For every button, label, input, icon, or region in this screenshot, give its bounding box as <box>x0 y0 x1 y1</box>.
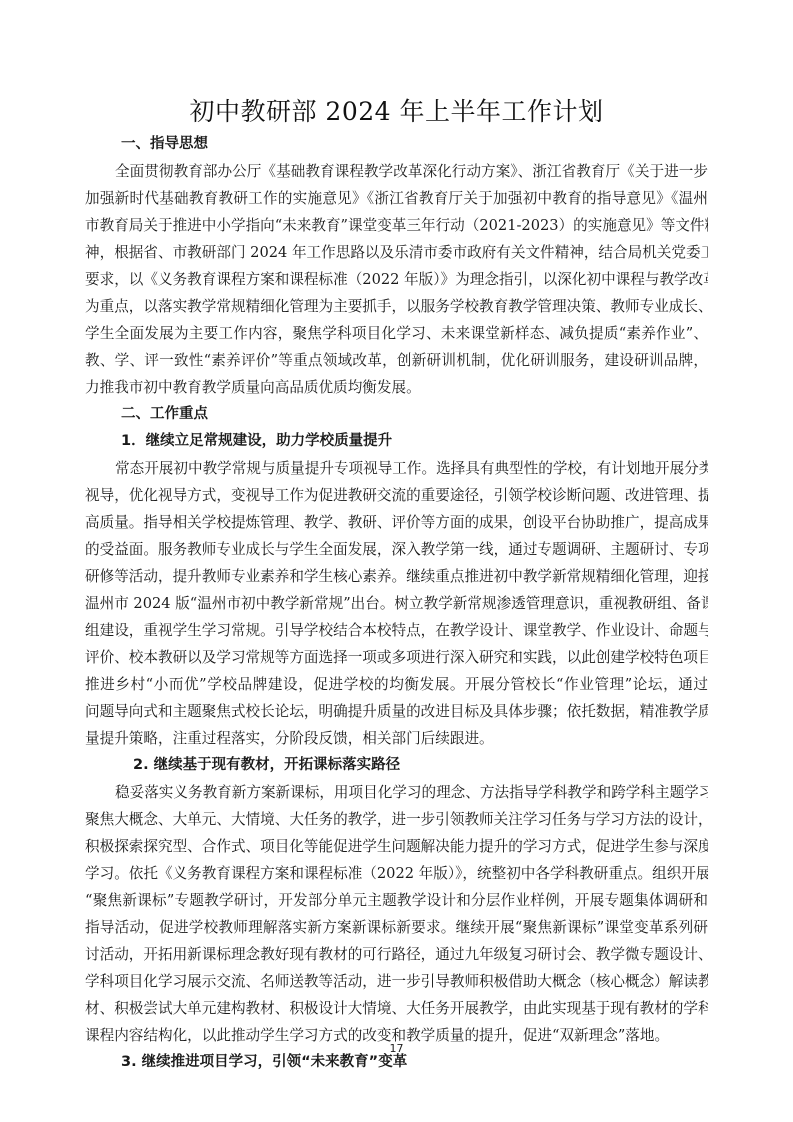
text-line: 问题导向式和主题聚焦式校长论坛，明确提升质量的改进目标及具体步骤；依托数据，精准… <box>85 698 708 725</box>
text-line: 评价、校本教研以及学习常规等方面选择一项或多项进行深入研究和实践，以此创建学校特… <box>85 644 708 671</box>
text-line: 高质量。指导相关学校提炼管理、教学、教研、评价等方面的成果，创设平台协助推广，提… <box>85 509 708 536</box>
text-line: 温州市 2024 版“温州市初中教学新常规”出台。树立教学新常规渗透管理意识，重… <box>85 590 708 617</box>
text-line: 量提升策略，注重过程落实，分阶段反馈，相关部门后续跟进。 <box>85 725 708 752</box>
paragraph-subsection-1: 常态开展初中教学常规与质量提升专项视导工作。选择具有典型性的学校，有计划地开展分… <box>85 455 708 752</box>
text-line: 常态开展初中教学常规与质量提升专项视导工作。选择具有典型性的学校，有计划地开展分… <box>85 455 708 482</box>
paragraph-guiding-ideology: 全面贯彻教育部办公厅《基础教育课程教学改革深化行动方案》、浙江省教育厅《关于进一… <box>85 158 708 401</box>
section-heading-work-focus: 二、工作重点 <box>85 401 708 428</box>
text-line: 全面贯彻教育部办公厅《基础教育课程教学改革深化行动方案》、浙江省教育厅《关于进一… <box>85 158 708 185</box>
page-number: 17 <box>0 1042 793 1055</box>
text-line: 学生全面发展为主要工作内容，聚焦学科项目化学习、未来课堂新样态、减负提质“素养作… <box>85 320 708 347</box>
text-line: 加强新时代基础教育教研工作的实施意见》《浙江省教育厅关于加强初中教育的指导意见》… <box>85 185 708 212</box>
text-line: 的受益面。服务教师专业成长与学生全面发展，深入教学第一线，通过专题调研、主题研讨… <box>85 536 708 563</box>
text-line: 研修等活动，提升教师专业素养和学生核心素养。继续重点推进初中教学新常规精细化管理… <box>85 563 708 590</box>
paragraph-subsection-2: 稳妥落实义务教育新方案新课标，用项目化学习的理念、方法指导学科教学和跨学科主题学… <box>85 779 708 1049</box>
text-line: 稳妥落实义务教育新方案新课标，用项目化学习的理念、方法指导学科教学和跨学科主题学… <box>85 779 708 806</box>
text-line: 为重点，以落实教学常规精细化管理为主要抓手，以服务学校教育教学管理决策、教师专业… <box>85 293 708 320</box>
text-line: 学科项目化学习展示交流、名师送教等活动，进一步引导教师积极借助大概念（核心概念）… <box>85 968 708 995</box>
text-line: 组建设，重视学生学习常规。引导学校结合本校特点，在教学设计、课堂教学、作业设计、… <box>85 617 708 644</box>
text-line: 市教育局关于推进中小学指向“未来教育”课堂变革三年行动（2021-2023）的实… <box>85 212 708 239</box>
text-line: “聚焦新课标”专题教学研讨，开发部分单元主题教学设计和分层作业样例，开展专题集体… <box>85 887 708 914</box>
text-line: 学习。依托《义务教育课程方案和课程标准（2022 年版）》，统整初中各学科教研重… <box>85 860 708 887</box>
document-page: 初中教研部 2024 年上半年工作计划 一、指导思想 全面贯彻教育部办公厅《基础… <box>0 0 793 1122</box>
text-line: 讨活动，开拓用新课标理念教好现有教材的可行路径，通过九年级复习研讨会、教学微专题… <box>85 941 708 968</box>
subsection-heading-1: 1．继续立足常规建设，助力学校质量提升 <box>85 428 708 455</box>
section-heading-guiding-ideology: 一、指导思想 <box>85 131 708 158</box>
document-body: 一、指导思想 全面贯彻教育部办公厅《基础教育课程教学改革深化行动方案》、浙江省教… <box>85 131 708 1076</box>
text-line: 推进乡村“小而优”学校品牌建设，促进学校的均衡发展。开展分管校长“作业管理”论坛… <box>85 671 708 698</box>
text-line: 积极探索探究型、合作式、项目化等能促进学生问题解决能力提升的学习方式，促进学生参… <box>85 833 708 860</box>
subsection-heading-2: 2. 继续基于现有教材，开拓课标落实路径 <box>85 752 708 779</box>
text-line: 神，根据省、市教研部门 2024 年工作思路以及乐清市委市政府有关文件精神，结合… <box>85 239 708 266</box>
text-line: 材、积极尝试大单元建构教材、积极设计大情境、大任务开展教学，由此实现基于现有教材… <box>85 995 708 1022</box>
text-line: 视导，优化视导方式，变视导工作为促进教研交流的重要途径，引领学校诊断问题、改进管… <box>85 482 708 509</box>
text-line: 教、学、评一致性“素养评价”等重点领域改革，创新研训机制，优化研训服务，建设研训… <box>85 347 708 374</box>
text-line: 聚焦大概念、大单元、大情境、大任务的教学，进一步引领教师关注学习任务与学习方法的… <box>85 806 708 833</box>
text-line: 要求，以《义务教育课程方案和课程标准（2022 年版）》为理念指引，以深化初中课… <box>85 266 708 293</box>
document-title: 初中教研部 2024 年上半年工作计划 <box>0 92 793 128</box>
text-line: 力推我市初中教育教学质量向高品质优质均衡发展。 <box>85 374 708 401</box>
text-line: 指导活动，促进学校教师理解落实新方案新课标新要求。继续开展“聚焦新课标”课堂变革… <box>85 914 708 941</box>
